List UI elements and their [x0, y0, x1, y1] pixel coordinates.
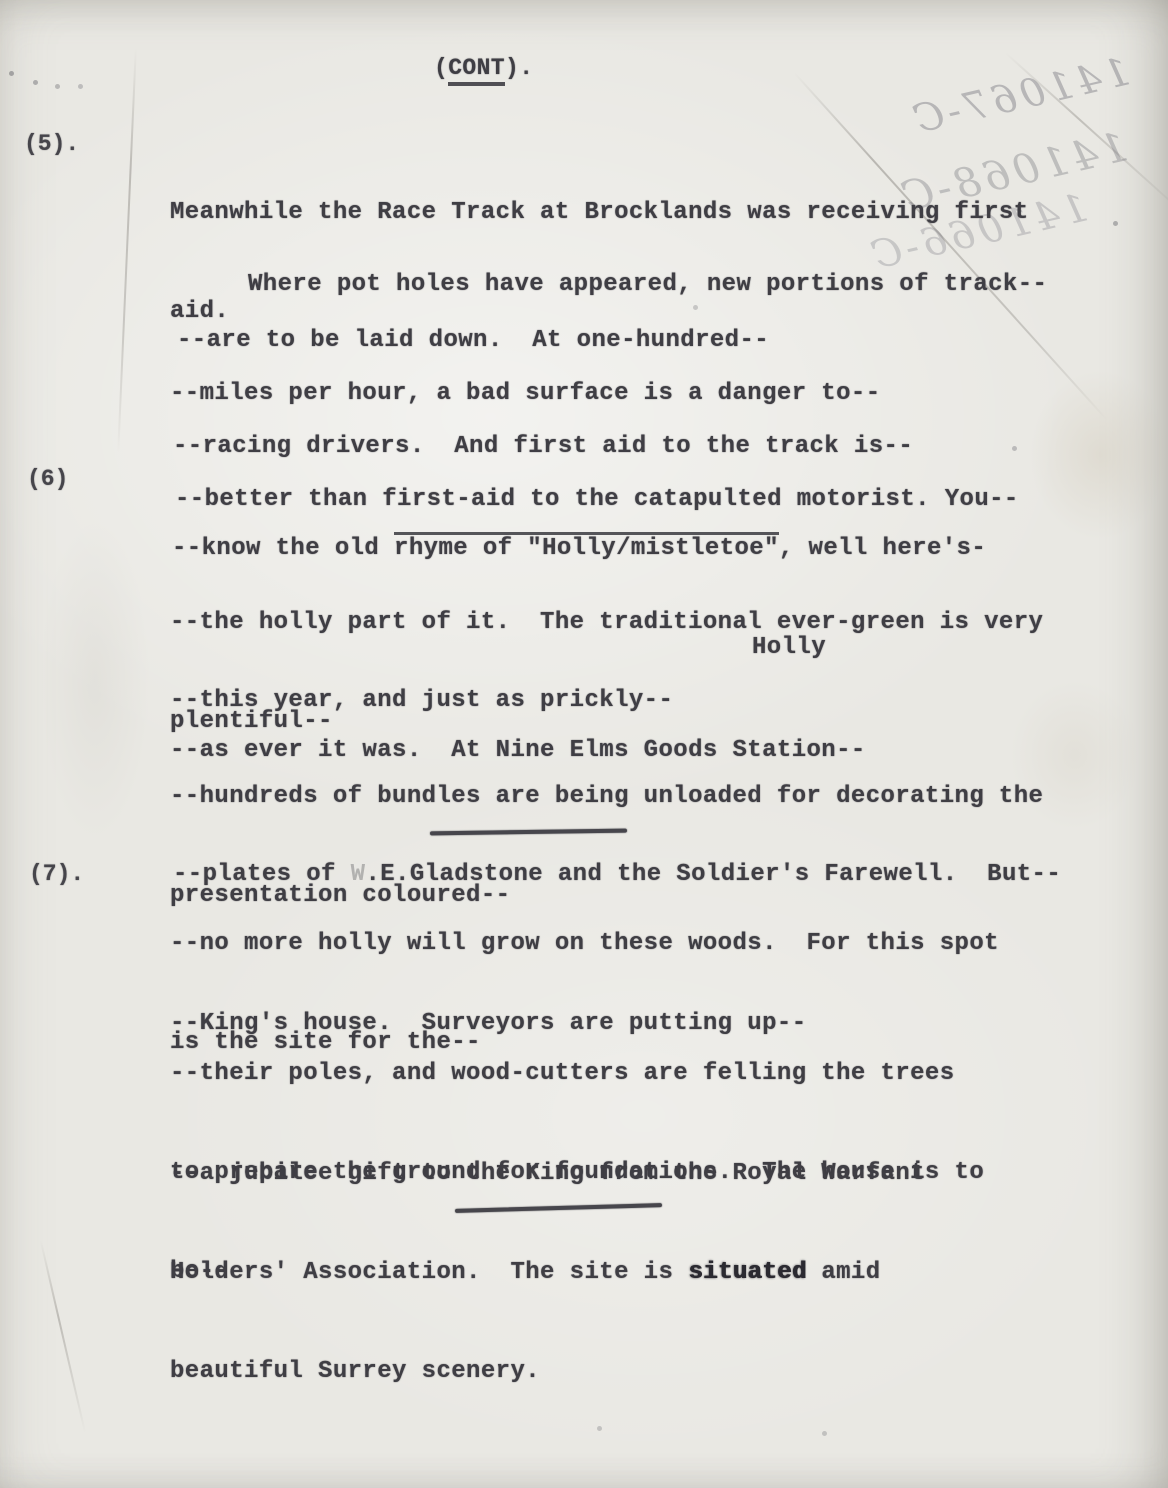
scene-marker-7: (7).	[29, 861, 84, 887]
scanned-script-page: 141067-C 141068-C 141066-C (CONT). (5). …	[0, 0, 1168, 1488]
scene-marker-5: (5).	[24, 131, 79, 157]
script-line: Holders' Association. The site is situat…	[170, 1256, 925, 1289]
overstruck-word: situated	[688, 1259, 806, 1286]
script-line: --their poles, and wood-cutters are fell…	[170, 1057, 984, 1090]
heading-word: CONT	[448, 55, 505, 86]
script-line: beautiful Surrey scenery.	[170, 1355, 925, 1388]
heading-open-paren: (	[434, 55, 448, 81]
script-line: --a jubilee gift to the King from the Ro…	[170, 1157, 925, 1190]
heading-close-paren: ).	[505, 55, 533, 81]
line-suffix: amid	[807, 1259, 881, 1286]
paper-crease-left	[117, 48, 137, 453]
pencil-specks	[0, 0, 3, 3]
page-title: (CONT).	[434, 52, 533, 85]
paragraph-16: --a jubilee gift to the King from the Ro…	[170, 1091, 925, 1454]
scene-marker-6: (6)	[27, 466, 68, 492]
paper-stain	[1030, 370, 1168, 540]
line-prefix: Holders' Association. The site is	[170, 1259, 688, 1286]
paper-crease-bottom-left	[40, 1240, 86, 1433]
paper-stain	[40, 520, 150, 840]
